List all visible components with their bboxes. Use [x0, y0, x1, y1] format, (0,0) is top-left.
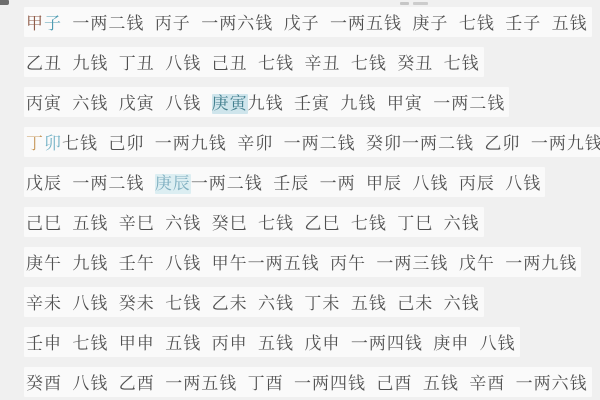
- ganzhi-weight-table: 甲子 一两二钱 丙子 一两六钱 戊子 一两五钱 庚子 七钱 壬子 五钱乙丑 九钱…: [24, 2, 600, 400]
- ganzhi-weight-text: 戊辰 一两二钱: [26, 174, 155, 194]
- ganzhi-weight-text: 庚午 九钱 壬午 八钱 甲午一两五钱 丙午 一两三钱 戊午 一两九钱: [26, 254, 577, 274]
- ganzhi-weight-text: 己巳 五钱 辛巳 六钱 癸巳 七钱 乙巳 七钱 丁巳 六钱: [26, 214, 480, 234]
- ganzhi-term-link[interactable]: 子: [44, 14, 62, 34]
- row-band: 甲子 一两二钱 丙子 一两六钱 戊子 一两五钱 庚子 七钱 壬子 五钱: [24, 7, 592, 37]
- ganzhi-weight-text: 癸酉 八钱 乙酉 一两五钱 丁酉 一两四钱 己酉 五钱 辛酉 一两六钱: [26, 374, 588, 394]
- ganzhi-row: 丁卯七钱 己卯 一两九钱 辛卯 一两二钱 癸卯一两二钱 乙卯 一两九钱: [24, 122, 600, 162]
- row-band: 辛未 八钱 癸未 七钱 乙未 六钱 丁未 五钱 己未 六钱: [24, 287, 484, 317]
- corner-artifact-smudge: [0, 0, 9, 5]
- ganzhi-weight-text: 九钱 壬寅 九钱 甲寅 一两二钱: [248, 94, 506, 114]
- ganzhi-term-link[interactable]: 甲: [26, 14, 44, 34]
- ganzhi-term-link[interactable]: 丁: [26, 134, 44, 154]
- ganzhi-row: 甲子 一两二钱 丙子 一两六钱 戊子 一两五钱 庚子 七钱 壬子 五钱: [24, 2, 600, 42]
- row-band: 戊辰 一两二钱 庚辰一两二钱 壬辰 一两 甲辰 八钱 丙辰 八钱: [24, 167, 545, 197]
- ganzhi-term-link[interactable]: 卯: [44, 134, 62, 154]
- row-band: 乙丑 九钱 丁丑 八钱 己丑 七钱 辛丑 七钱 癸丑 七钱: [24, 47, 484, 77]
- row-band: 癸酉 八钱 乙酉 一两五钱 丁酉 一两四钱 己酉 五钱 辛酉 一两六钱: [24, 367, 592, 397]
- ganzhi-weight-text: 一两二钱 丙子 一两六钱 戊子 一两五钱 庚子 七钱 壬子 五钱: [62, 14, 588, 34]
- ganzhi-row: 戊辰 一两二钱 庚辰一两二钱 壬辰 一两 甲辰 八钱 丙辰 八钱: [24, 162, 600, 202]
- ganzhi-weight-text: 七钱 己卯 一两九钱 辛卯 一两二钱 癸卯一两二钱 乙卯 一两九钱: [62, 134, 600, 154]
- row-band: 己巳 五钱 辛巳 六钱 癸巳 七钱 乙巳 七钱 丁巳 六钱: [24, 207, 484, 237]
- page-background: 甲子 一两二钱 丙子 一两六钱 戊子 一两五钱 庚子 七钱 壬子 五钱乙丑 九钱…: [0, 0, 600, 400]
- row-band: 壬申 七钱 甲申 五钱 丙申 五钱 戊申 一两四钱 庚申 八钱: [24, 327, 520, 357]
- row-band: 庚午 九钱 壬午 八钱 甲午一两五钱 丙午 一两三钱 戊午 一两九钱: [24, 247, 581, 277]
- row-band: 丁卯七钱 己卯 一两九钱 辛卯 一两二钱 癸卯一两二钱 乙卯 一两九钱: [24, 127, 600, 157]
- ganzhi-term-link[interactable]: 庚辰: [155, 174, 191, 194]
- ganzhi-term-link[interactable]: 庚寅: [212, 94, 248, 114]
- ganzhi-row: 辛未 八钱 癸未 七钱 乙未 六钱 丁未 五钱 己未 六钱: [24, 282, 600, 322]
- row-band: 丙寅 六钱 戊寅 八钱 庚寅九钱 壬寅 九钱 甲寅 一两二钱: [24, 87, 509, 117]
- ganzhi-weight-text: 一两二钱 壬辰 一两 甲辰 八钱 丙辰 八钱: [191, 174, 541, 194]
- ganzhi-row: 己巳 五钱 辛巳 六钱 癸巳 七钱 乙巳 七钱 丁巳 六钱: [24, 202, 600, 242]
- ganzhi-row: 庚午 九钱 壬午 八钱 甲午一两五钱 丙午 一两三钱 戊午 一两九钱: [24, 242, 600, 282]
- ganzhi-row: 丙寅 六钱 戊寅 八钱 庚寅九钱 壬寅 九钱 甲寅 一两二钱: [24, 82, 600, 122]
- ganzhi-row: 乙丑 九钱 丁丑 八钱 己丑 七钱 辛丑 七钱 癸丑 七钱: [24, 42, 600, 82]
- ganzhi-weight-text: 壬申 七钱 甲申 五钱 丙申 五钱 戊申 一两四钱 庚申 八钱: [26, 334, 516, 354]
- ganzhi-weight-text: 丙寅 六钱 戊寅 八钱: [26, 94, 212, 114]
- ganzhi-row: 癸酉 八钱 乙酉 一两五钱 丁酉 一两四钱 己酉 五钱 辛酉 一两六钱: [24, 362, 600, 400]
- ganzhi-row: 壬申 七钱 甲申 五钱 丙申 五钱 戊申 一两四钱 庚申 八钱: [24, 322, 600, 362]
- ganzhi-weight-text: 辛未 八钱 癸未 七钱 乙未 六钱 丁未 五钱 己未 六钱: [26, 294, 480, 314]
- ganzhi-weight-text: 乙丑 九钱 丁丑 八钱 己丑 七钱 辛丑 七钱 癸丑 七钱: [26, 54, 480, 74]
